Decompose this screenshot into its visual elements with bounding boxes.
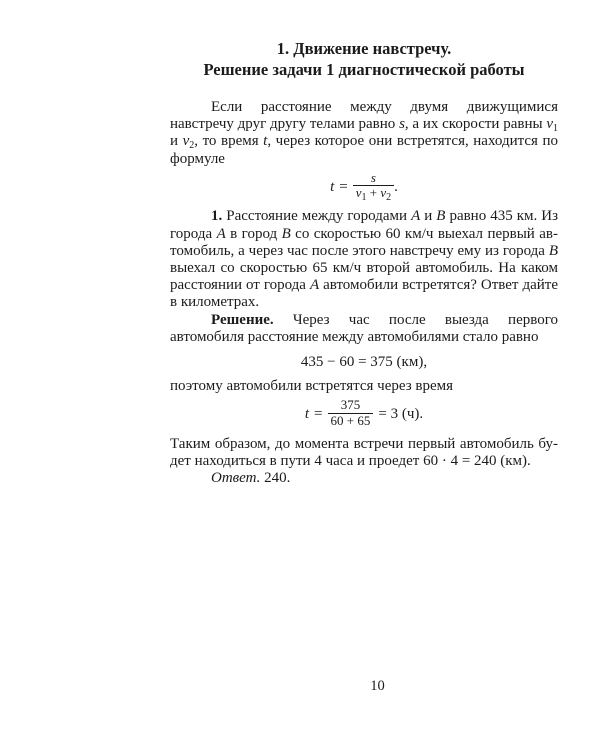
formula-result: = 3 (ч).	[373, 406, 423, 422]
answer-line: Ответ. 240.	[170, 470, 558, 487]
fraction-denominator: 60 + 65	[328, 413, 374, 428]
fraction: 37560 + 65	[328, 398, 374, 428]
fraction-numerator: 375	[328, 398, 374, 412]
equals-sign: =	[309, 406, 327, 422]
fraction-denominator: v1 + v2	[353, 185, 394, 200]
book-page: 1. Движение навстречу. Решение задачи 1 …	[0, 0, 600, 750]
page-number: 10	[170, 678, 585, 695]
problem-paragraph: 1. Расстояние между городами A и B равно…	[170, 208, 558, 311]
text-block: 1. Движение навстречу. Решение задачи 1 …	[170, 38, 558, 487]
intro-paragraph: Если расстояние между двумя движущимися …	[170, 99, 558, 168]
meeting-time-formula: t=sv1 + v2.	[170, 173, 558, 203]
fraction-numerator: s	[353, 171, 394, 185]
title-line-2: Решение задачи 1 диагностической работы	[203, 60, 524, 79]
fraction: sv1 + v2	[353, 171, 394, 201]
solution-paragraph: Решение. Через час после выезда первого …	[170, 312, 558, 346]
title-line-1: 1. Движение навстречу.	[277, 39, 451, 58]
therefore-line: поэтому автомобили встретятся через врем…	[170, 378, 558, 395]
distance-equation: 435 − 60 = 375 (км),	[170, 353, 558, 371]
conclusion-paragraph: Таким образом, до момента встречи первый…	[170, 436, 558, 470]
formula-period: .	[394, 179, 398, 195]
equals-sign: =	[334, 179, 352, 195]
page-title: 1. Движение навстречу. Решение задачи 1 …	[170, 38, 558, 80]
time-calc-formula: t=37560 + 65= 3 (ч).	[170, 400, 558, 430]
